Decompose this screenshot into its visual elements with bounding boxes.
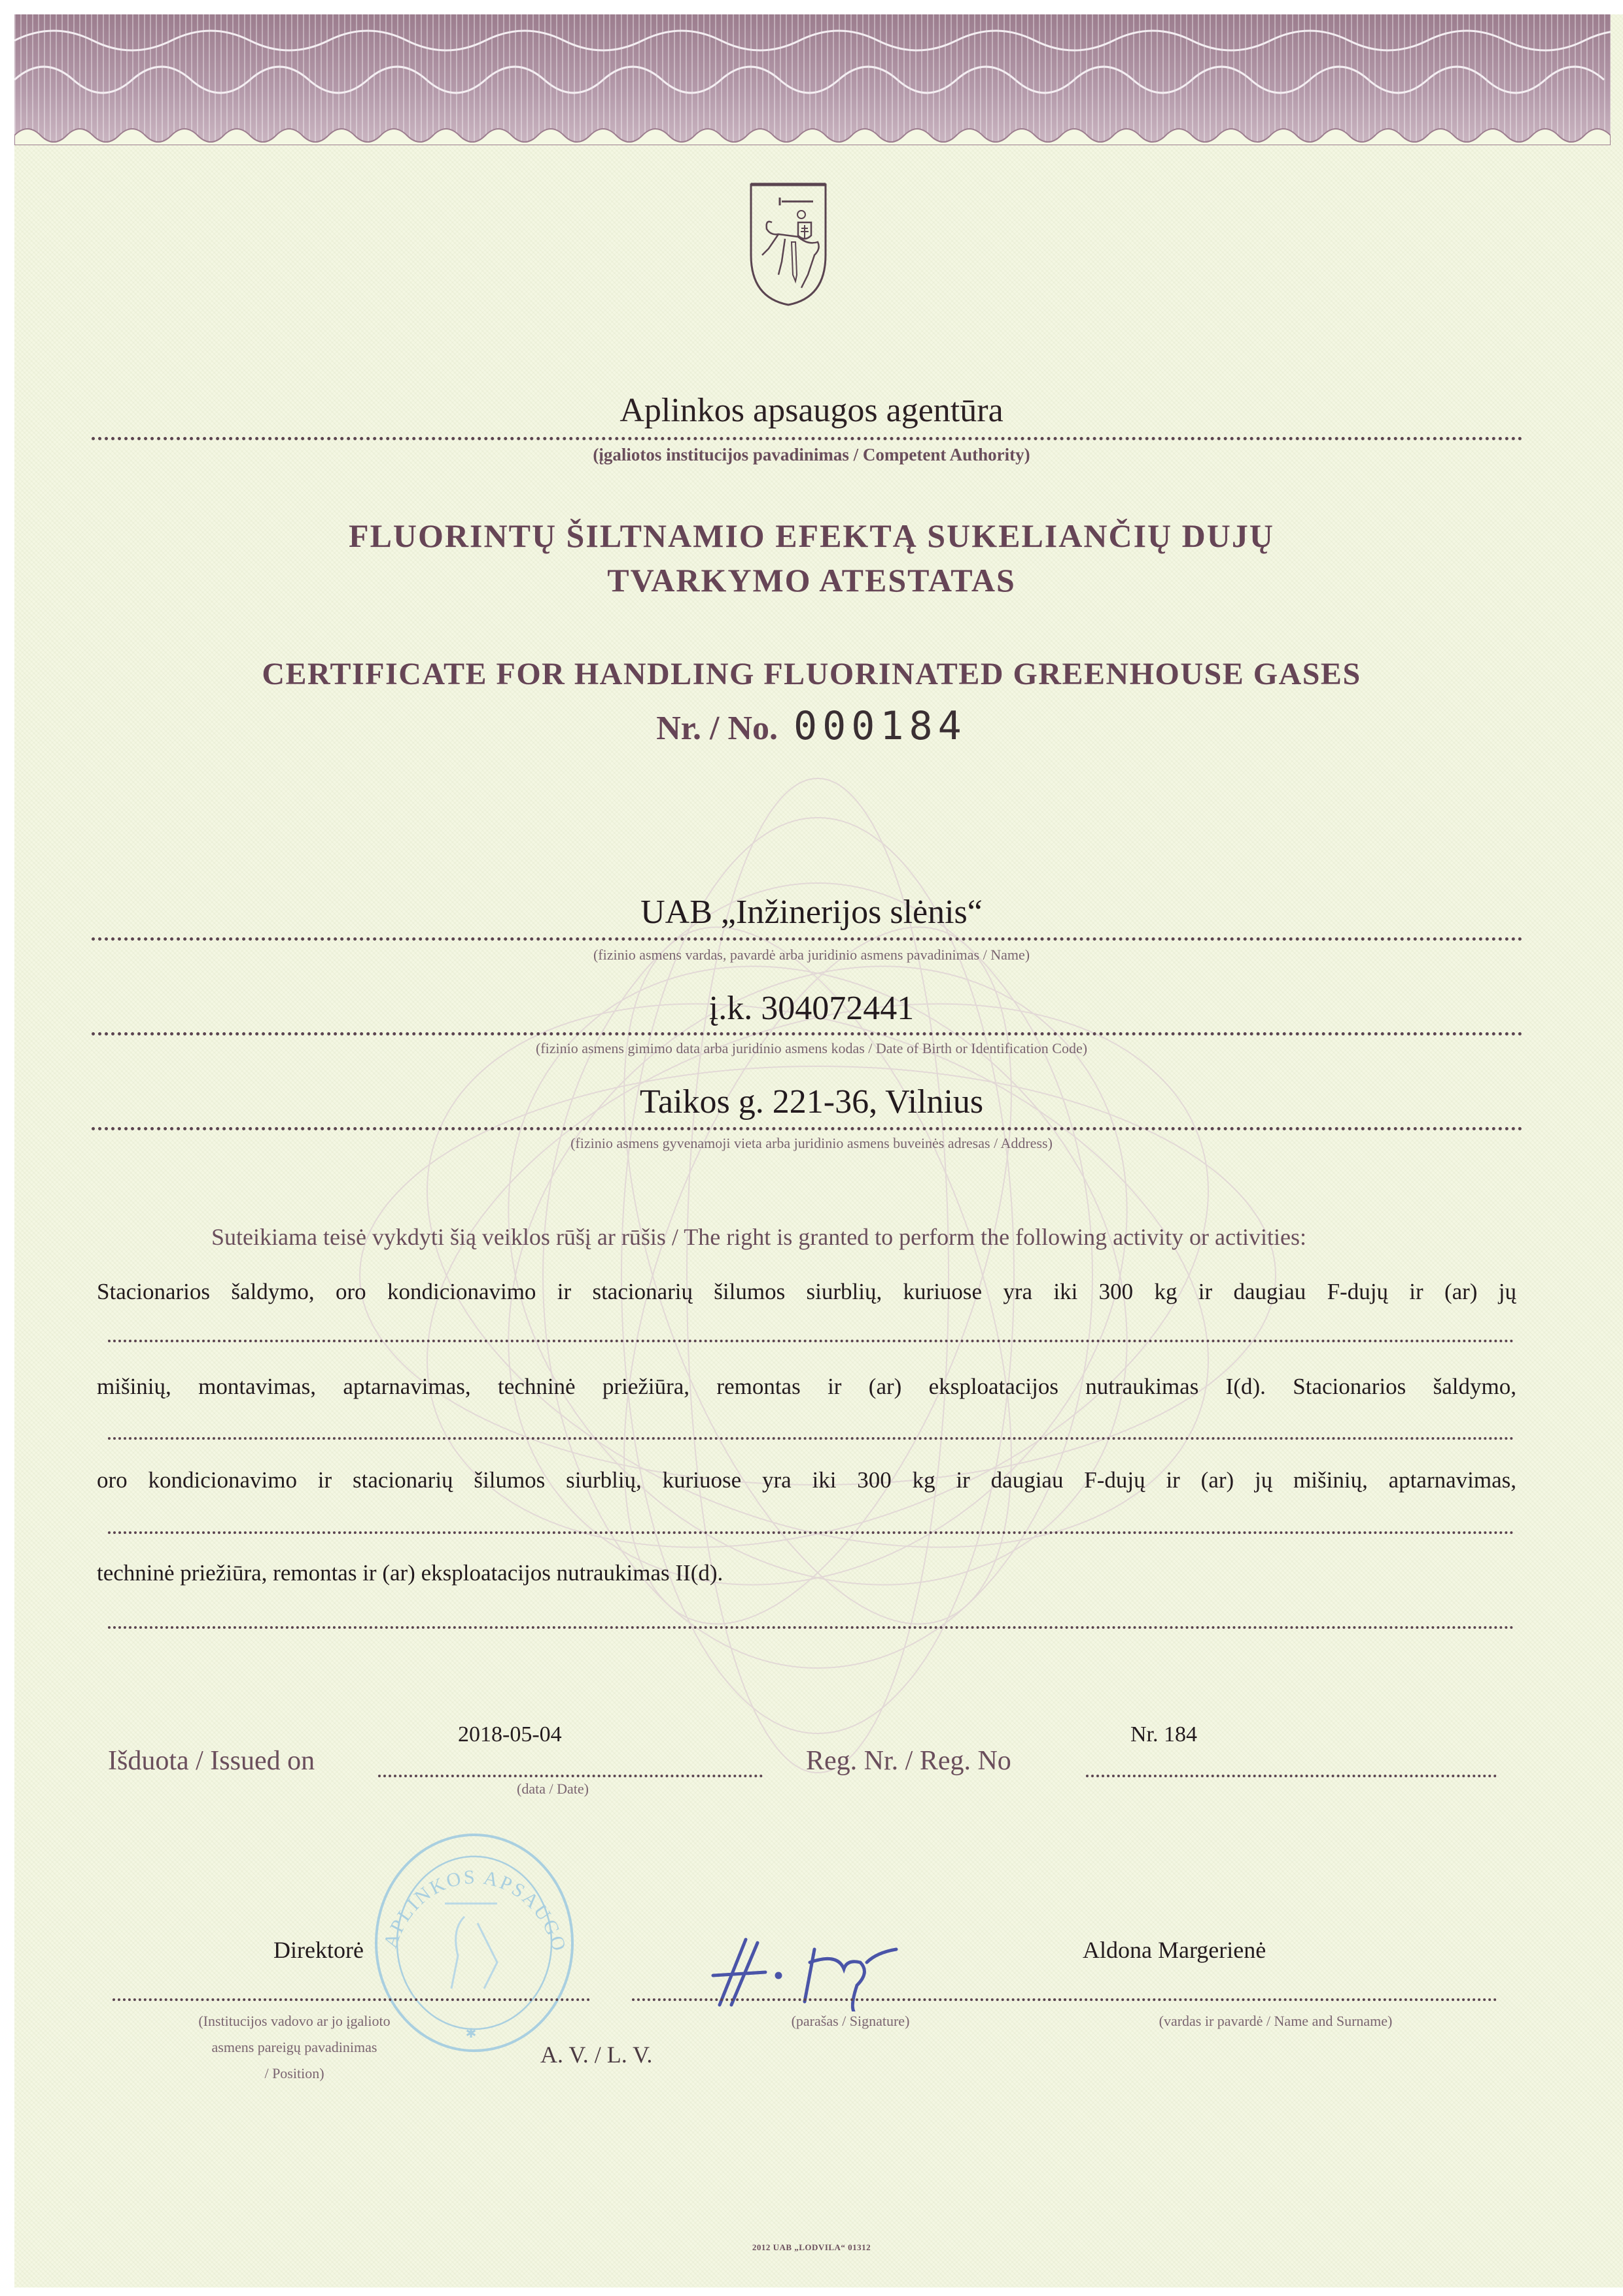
certificate-number-label: Nr. / No. (656, 710, 778, 747)
seal-text: APLINKOS APSAUGOS AGENTŪRA (366, 1818, 570, 1955)
title-english: CERTIFICATE FOR HANDLING FLUORINATED GRE… (0, 656, 1623, 692)
registration-dotted-line (1086, 1775, 1497, 1777)
activity-dotted-line-2 (108, 1437, 1514, 1440)
activities-intro: Suteikiama teisė vykdyti šią veiklos rūš… (211, 1223, 1306, 1251)
holder-name: UAB „Inžinerijos slėnis“ (0, 893, 1623, 931)
activity-line-2: mišinių, montavimas, aptarnavimas, techn… (97, 1374, 1516, 1400)
authority-dotted-line (92, 437, 1523, 440)
position-dotted-line (113, 1998, 590, 2001)
svg-text:APLINKOS APSAUGOS AGENTŪRA: APLINKOS APSAUGOS AGENTŪRA (366, 1818, 570, 1955)
position-caption-line-1: (Institucijos vadovo ar jo įgalioto (157, 2008, 432, 2034)
issued-on-date: 2018-05-04 (458, 1722, 562, 1747)
signatory-name: Aldona Margerienė (1083, 1936, 1266, 1964)
rosette-watermark (164, 720, 1472, 1832)
issued-date-dotted-line (378, 1775, 763, 1777)
name-dotted-line (1048, 1998, 1497, 2001)
printer-imprint: 2012 UAB „LODVILA“ 01312 (0, 2242, 1623, 2253)
position-caption-line-2: asmens pareigų pavadinimas (157, 2034, 432, 2061)
title-lithuanian-line2: TVARKYMO ATESTATAS (0, 561, 1623, 599)
guilloche-pattern (14, 14, 1611, 145)
signature-dotted-line (632, 1998, 1067, 2001)
stamp-place-mark: A. V. / L. V. (540, 2041, 652, 2068)
holder-identification-code: į.k. 304072441 (0, 989, 1623, 1028)
issued-date-caption: (data / Date) (517, 1781, 589, 1798)
activity-dotted-line-1 (108, 1340, 1514, 1342)
position-caption: (Institucijos vadovo ar jo įgalioto asme… (157, 2008, 432, 2087)
activity-line-4: techninė priežiūra, remontas ir (ar) eks… (97, 1560, 1516, 1586)
position-caption-line-3: / Position) (157, 2061, 432, 2087)
activity-line-3: oro kondicionavimo ir stacionarių šilumo… (97, 1467, 1516, 1493)
svg-text:✱: ✱ (466, 2026, 477, 2041)
holder-name-caption: (fizinio asmens vardas, pavardė arba jur… (0, 947, 1623, 964)
issued-on-label: Išduota / Issued on (108, 1745, 315, 1777)
holder-address-caption: (fizinio asmens gyvenamoji vieta arba ju… (0, 1135, 1623, 1152)
holder-name-dotted-line (92, 937, 1523, 941)
activity-line-1: Stacionarios šaldymo, oro kondicionavimo… (97, 1279, 1516, 1305)
activity-dotted-line-4 (108, 1626, 1514, 1629)
registration-number-label: Reg. Nr. / Reg. No (806, 1745, 1011, 1777)
holder-code-dotted-line (92, 1032, 1523, 1035)
name-caption: (vardas ir pavardė / Name and Surname) (1073, 2008, 1478, 2034)
activity-dotted-line-3 (108, 1531, 1514, 1534)
certificate-number-value: 000184 (794, 703, 967, 749)
certificate-number-row: Nr. / No.000184 (0, 703, 1623, 749)
position-value: Direktorė (273, 1936, 364, 1964)
authority-caption: (įgaliotos institucijos pavadinimas / Co… (0, 445, 1623, 465)
coat-of-arms-icon (746, 177, 831, 307)
registration-number-value: Nr. 184 (1130, 1722, 1197, 1747)
holder-address-dotted-line (92, 1127, 1523, 1130)
holder-code-caption: (fizinio asmens gimimo data arba juridin… (0, 1040, 1623, 1057)
title-lithuanian-line1: FLUORINTŲ ŠILTNAMIO EFEKTĄ SUKELIANČIŲ D… (0, 517, 1623, 555)
holder-address: Taikos g. 221-36, Vilnius (0, 1083, 1623, 1121)
signature-caption: (parašas / Signature) (713, 2008, 988, 2034)
competent-authority-name: Aplinkos apsaugos agentūra (0, 391, 1623, 430)
